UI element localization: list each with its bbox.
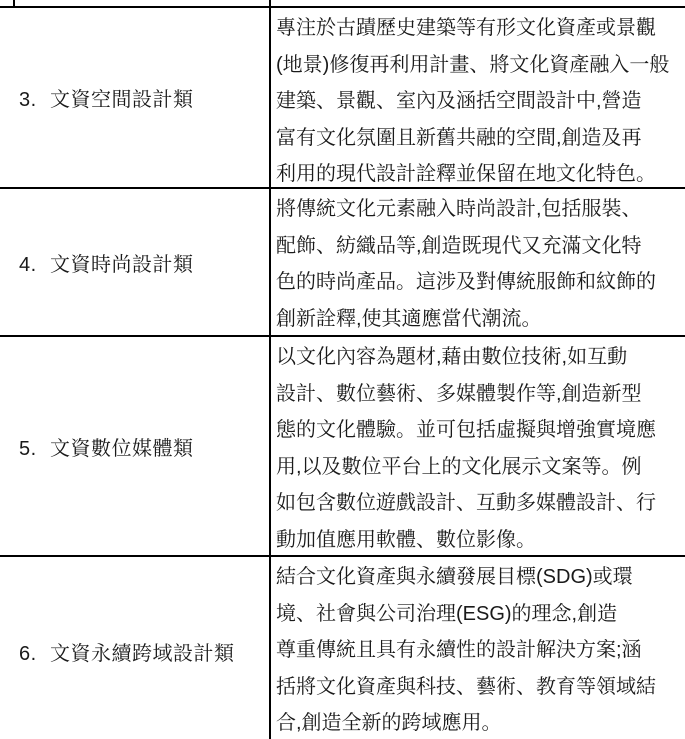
category-description: 專注於古蹟歷史建築等有形文化資產或景觀 (地景)修復再利用計畫、將文化資產融入一…	[269, 8, 685, 187]
category-description: 將傳統文化元素融入時尚設計,包括服裝、 配飾、紡織品等,創造既現代又充滿文化特 …	[269, 189, 685, 335]
category-title: 文資時尚設計類	[50, 248, 194, 277]
table-column-divider	[269, 0, 271, 739]
category-table: 3. 文資空間設計類 專注於古蹟歷史建築等有形文化資產或景觀 (地景)修復再利用…	[0, 6, 685, 739]
category-number: 6.	[19, 643, 50, 666]
category-number: 4.	[19, 254, 50, 277]
table-row: 6. 文資永續跨域設計類 結合文化資產與永續發展目標(SDG)或環 境、社會與公…	[0, 555, 685, 739]
table-row: 4. 文資時尚設計類 將傳統文化元素融入時尚設計,包括服裝、 配飾、紡織品等,創…	[0, 187, 685, 335]
category-title: 文資永續跨域設計類	[50, 637, 235, 666]
category-label: 4. 文資時尚設計類	[19, 248, 194, 277]
category-title: 文資空間設計類	[50, 83, 194, 112]
category-cell: 5. 文資數位媒體類	[0, 337, 269, 555]
category-cell: 4. 文資時尚設計類	[0, 189, 269, 335]
category-title: 文資數位媒體類	[50, 432, 194, 461]
category-description: 結合文化資產與永續發展目標(SDG)或環 境、社會與公司治理(ESG)的理念,創…	[269, 557, 685, 739]
category-cell: 3. 文資空間設計類	[0, 8, 269, 187]
category-cell: 6. 文資永續跨域設計類	[0, 557, 269, 739]
table-row: 3. 文資空間設計類 專注於古蹟歷史建築等有形文化資產或景觀 (地景)修復再利用…	[0, 6, 685, 187]
category-label: 6. 文資永續跨域設計類	[19, 637, 235, 666]
table-row: 5. 文資數位媒體類 以文化內容為題材,藉由數位技術,如互動 設計、數位藝術、多…	[0, 335, 685, 555]
category-label: 5. 文資數位媒體類	[19, 432, 194, 461]
category-description: 以文化內容為題材,藉由數位技術,如互動 設計、數位藝術、多媒體製作等,創造新型 …	[269, 337, 685, 555]
document-page: 3. 文資空間設計類 專注於古蹟歷史建築等有形文化資產或景觀 (地景)修復再利用…	[0, 0, 685, 739]
category-label: 3. 文資空間設計類	[19, 83, 194, 112]
category-number: 5.	[19, 438, 50, 461]
category-number: 3.	[19, 89, 50, 112]
